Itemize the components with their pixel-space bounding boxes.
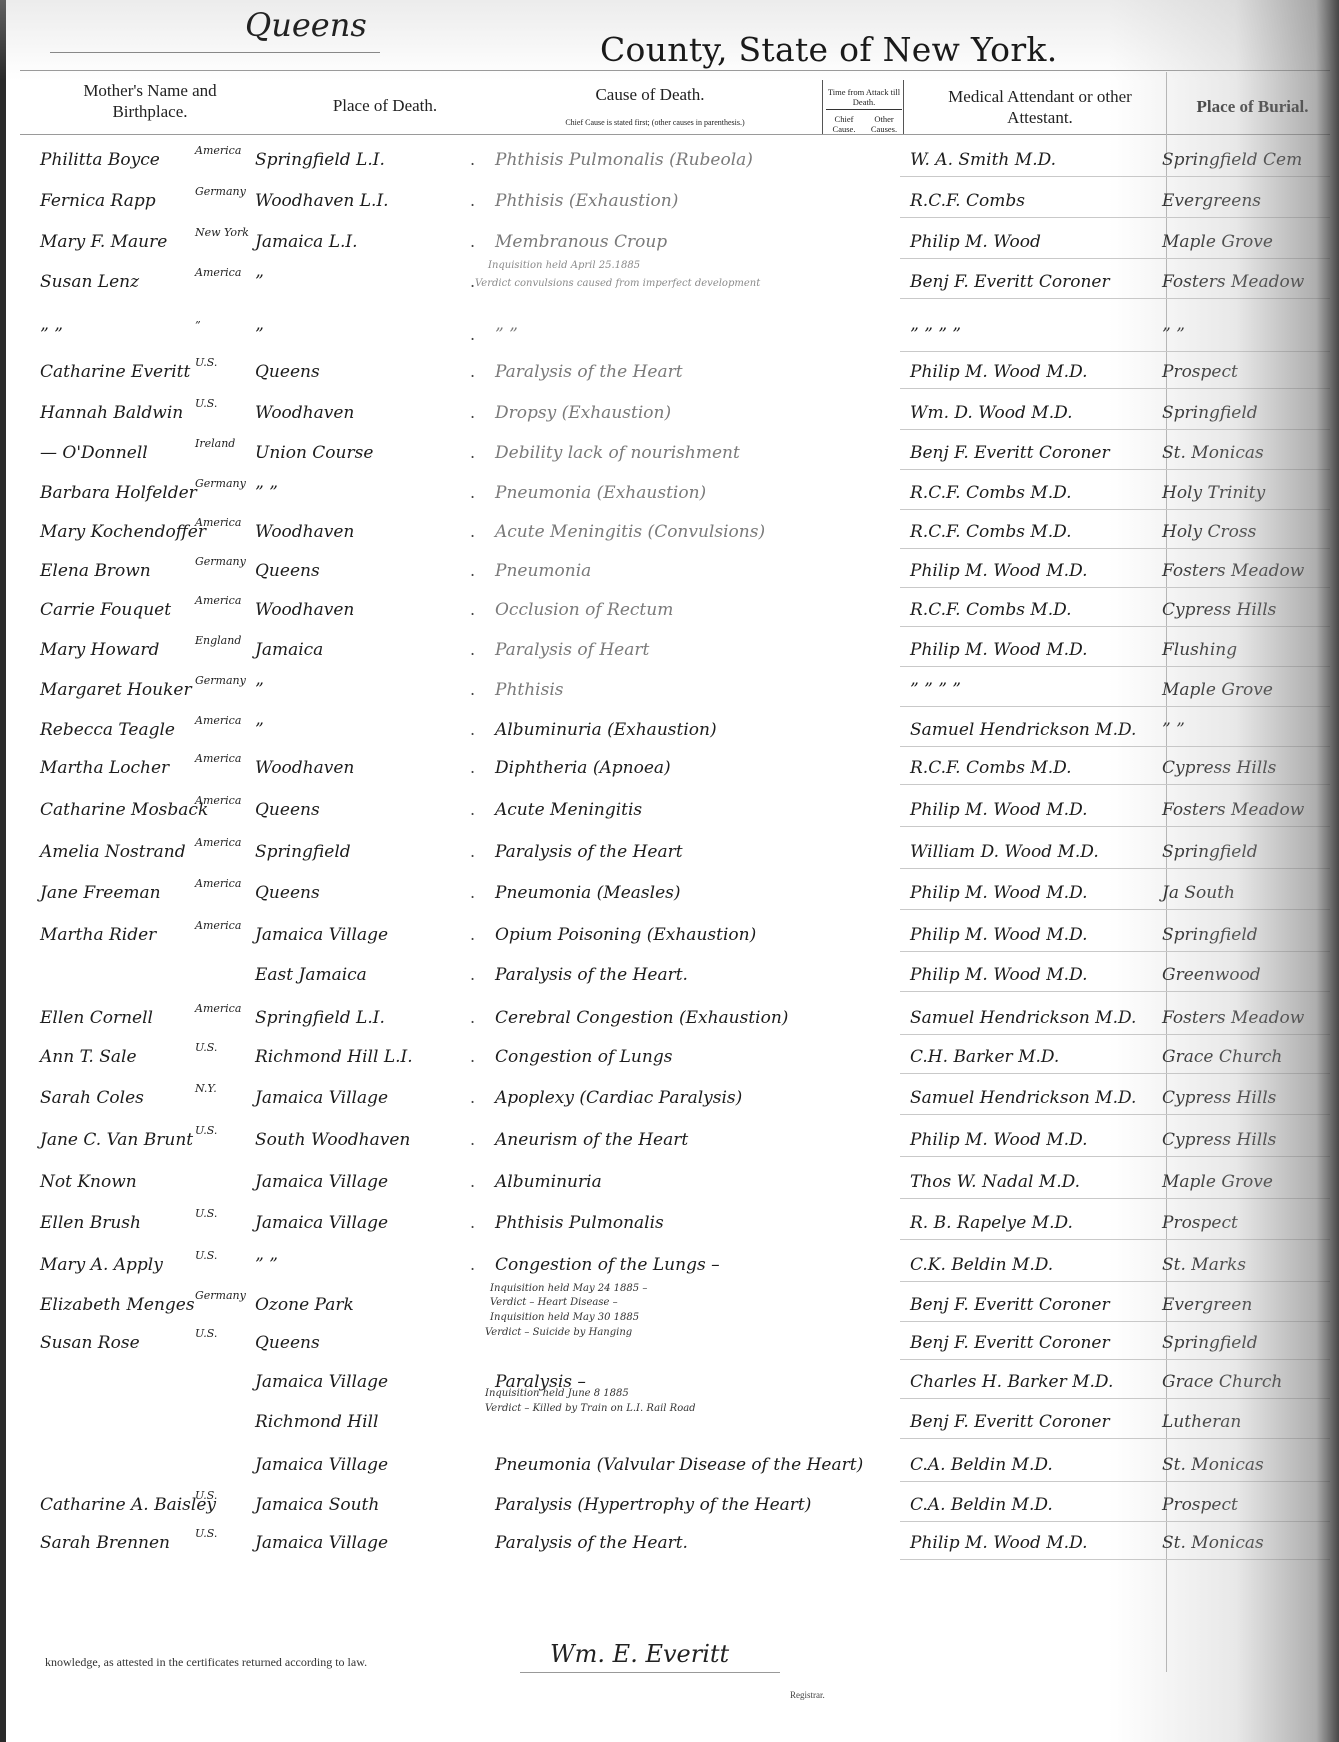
mother-name-cell: Ellen Cornell [40,1008,153,1028]
mother-name-cell: Carrie Fouquet [40,600,171,620]
column-header-mother: Mother's Name and Birthplace. [50,80,250,122]
mother-name-cell: Catharine Everitt [40,362,190,382]
birthplace-cell: Ireland [195,437,235,450]
birthplace-cell: U.S. [195,1489,217,1502]
cause-of-death-cell: Cerebral Congestion (Exhaustion) [495,1008,788,1028]
mother-name-cell: Sarah Coles [40,1088,144,1108]
cause-of-death-cell: Phthisis Pulmonalis [495,1213,664,1233]
mother-name-cell: Susan Lenz [40,272,139,292]
place-of-death-cell: Woodhaven L.I. [255,191,389,211]
medical-attendant-cell: Philip M. Wood M.D. [910,1130,1088,1150]
medical-attendant-cell: Thos W. Nadal M.D. [910,1172,1080,1192]
medical-attendant-cell: C.A. Beldin M.D. [910,1455,1053,1475]
medical-attendant-cell: Samuel Hendrickson M.D. [910,1088,1136,1108]
table-row: Susan RoseU.S.QueensBenj F. Everitt Coro… [0,1333,1339,1363]
place-of-burial-cell: Prospect [1162,362,1238,382]
column-header-medical-attendant: Medical Attendant or other Attestant. [935,86,1145,128]
table-row: Jamaica VillageParalysis –Charles H. Bar… [0,1372,1339,1402]
medical-attendant-cell: C.A. Beldin M.D. [910,1495,1053,1515]
place-of-death-cell: ” [255,325,264,345]
birthplace-cell: Germany [195,674,246,687]
table-row: Amelia NostrandAmericaSpringfieldParalys… [0,842,1339,872]
mother-name-cell: Martha Locher [40,758,169,778]
cause-of-death-cell: Opium Poisoning (Exhaustion) [495,925,756,945]
mother-name-cell: Not Known [40,1172,137,1192]
birthplace-cell: U.S. [195,1527,217,1540]
ditto-mark: . [470,362,475,381]
mother-name-cell: Amelia Nostrand [40,842,186,862]
birthplace-cell: England [195,634,241,647]
column-header-time-chief-cause: Chief Cause. [826,114,862,134]
table-row: Elena BrownGermanyQueensPneumoniaPhilip … [0,561,1339,591]
mother-name-cell: Elizabeth Menges [40,1295,195,1315]
birthplace-cell: America [195,266,241,279]
medical-attendant-cell: Wm. D. Wood M.D. [910,403,1073,423]
table-row: Mary KochendofferAmericaWoodhavenAcute M… [0,522,1339,552]
cause-of-death-cell: Albuminuria [495,1172,602,1192]
place-of-death-cell: Jamaica Village [255,1088,388,1108]
medical-attendant-cell: ” ” ” ” [910,680,961,700]
table-row: Catharine A. BaisleyU.S.Jamaica SouthPar… [0,1495,1339,1525]
birthplace-cell: America [195,794,241,807]
birthplace-cell: U.S. [195,1207,217,1220]
birthplace-cell: America [195,714,241,727]
table-row: Catharine EverittU.S.QueensParalysis of … [0,362,1339,392]
place-of-burial-cell: Cypress Hills [1162,1130,1276,1150]
mother-name-cell: Hannah Baldwin [40,403,183,423]
medical-attendant-cell: R. B. Rapelye M.D. [910,1213,1073,1233]
birthplace-cell: America [195,594,241,607]
ditto-mark: . [470,925,475,944]
ditto-mark: . [470,403,475,422]
birthplace-cell: N.Y. [195,1082,217,1095]
ditto-mark: . [470,325,475,344]
column-header-place-of-death: Place of Death. [295,95,475,116]
place-of-burial-cell: ” ” [1162,325,1185,345]
death-register-page: Queens County, State of New York. Mother… [0,0,1339,1742]
place-of-burial-cell: Maple Grove [1162,1172,1273,1192]
place-of-burial-cell: Springfield [1162,1333,1258,1353]
cause-of-death-cell: Paralysis of the Heart [495,362,683,382]
place-of-death-cell: Queens [255,1333,320,1353]
medical-attendant-cell: R.C.F. Combs M.D. [910,483,1072,503]
place-of-burial-cell: ” ” [1162,720,1185,740]
table-row: Martha LocherAmericaWoodhavenDiphtheria … [0,758,1339,788]
mother-name-cell: Fernica Rapp [40,191,156,211]
inquest-note: Inquisition held June 8 1885 [485,1388,629,1399]
cause-of-death-cell: Albuminuria (Exhaustion) [495,720,717,740]
birthplace-cell: ” [195,319,201,332]
place-of-burial-cell: Cypress Hills [1162,758,1276,778]
table-row: Not KnownJamaica VillageAlbuminuriaThos … [0,1172,1339,1202]
mother-name-cell: Elena Brown [40,561,151,581]
cause-of-death-cell: Diphtheria (Apnoea) [495,758,671,778]
place-of-burial-cell: Prospect [1162,1495,1238,1515]
table-row: Jamaica VillagePneumonia (Valvular Disea… [0,1455,1339,1485]
header-bottom-rule [20,134,1330,135]
ditto-mark: . [470,443,475,462]
medical-attendant-cell: R.C.F. Combs M.D. [910,758,1072,778]
birthplace-cell: U.S. [195,1249,217,1262]
cause-of-death-cell: Phthisis (Exhaustion) [495,191,678,211]
mother-name-cell: Martha Rider [40,925,156,945]
mother-name-cell: Sarah Brennen [40,1533,170,1553]
table-row: Mary F. MaureNew YorkJamaica L.I.Membran… [0,232,1339,262]
ditto-mark: . [470,483,475,502]
ditto-mark: . [470,1255,475,1274]
place-of-death-cell: ” [255,720,264,740]
place-of-death-cell: Jamaica Village [255,1213,388,1233]
birthplace-cell: America [195,1002,241,1015]
cause-of-death-cell: Acute Meningitis (Convulsions) [495,522,765,542]
place-of-death-cell: Springfield [255,842,351,862]
cause-of-death-cell: Occlusion of Rectum [495,600,673,620]
medical-attendant-cell: Philip M. Wood M.D. [910,925,1088,945]
place-of-death-cell: Queens [255,883,320,903]
place-of-death-cell: Richmond Hill L.I. [255,1047,413,1067]
birthplace-cell: America [195,836,241,849]
ditto-mark: . [470,1213,475,1232]
place-of-burial-cell: Ja South [1162,883,1235,903]
place-of-death-cell: Jamaica L.I. [255,232,358,252]
birthplace-cell: Germany [195,1289,246,1302]
place-of-death-cell: Springfield L.I. [255,150,385,170]
table-row: Sarah ColesN.Y.Jamaica VillageApoplexy (… [0,1088,1339,1118]
mother-name-cell: Barbara Holfelder [40,483,197,503]
place-of-death-cell: Queens [255,362,320,382]
medical-attendant-cell: Philip M. Wood M.D. [910,965,1088,985]
cause-of-death-cell: Dropsy (Exhaustion) [495,403,671,423]
birthplace-cell: America [195,919,241,932]
place-of-death-cell: ” ” [255,1255,278,1275]
birthplace-cell: America [195,144,241,157]
medical-attendant-cell: C.H. Barker M.D. [910,1047,1059,1067]
ditto-mark: . [470,1008,475,1027]
medical-attendant-cell: Samuel Hendrickson M.D. [910,720,1136,740]
place-of-death-cell: Woodhaven [255,758,354,778]
mother-name-cell: ” ” [40,325,63,345]
inquest-note: Verdict – Killed by Train on L.I. Rail R… [485,1403,696,1414]
medical-attendant-cell: R.C.F. Combs [910,191,1025,211]
cause-of-death-cell: Apoplexy (Cardiac Paralysis) [495,1088,742,1108]
mother-name-cell: Jane Freeman [40,883,161,903]
column-header-time-other-causes: Other Causes. [865,114,903,134]
signature-line [520,1672,780,1673]
birthplace-cell: U.S. [195,1041,217,1054]
place-of-death-cell: Jamaica [255,640,323,660]
inquest-note: Verdict – Suicide by Hanging [485,1327,632,1338]
ditto-mark: . [470,1172,475,1191]
table-row: Fernica RappGermanyWoodhaven L.I.Phthisi… [0,191,1339,221]
place-of-death-cell: East Jamaica [255,965,367,985]
birthplace-cell: Germany [195,185,246,198]
ditto-mark: . [470,150,475,169]
county-name-handwritten: Queens [245,6,367,44]
cause-of-death-cell: Congestion of Lungs [495,1047,672,1067]
table-row: ” ”””” ”” ” ” ”” ”. [0,325,1339,355]
place-of-burial-cell: Cypress Hills [1162,600,1276,620]
birthplace-cell: America [195,516,241,529]
place-of-burial-cell: Grace Church [1162,1372,1282,1392]
header-top-rule [20,70,1330,71]
place-of-death-cell: South Woodhaven [255,1130,410,1150]
attestation-text: knowledge, as attested in the certificat… [45,1655,367,1670]
table-row: Ann T. SaleU.S.Richmond Hill L.I.Congest… [0,1047,1339,1077]
mother-name-cell: Jane C. Van Brunt [40,1130,193,1150]
page-title: County, State of New York. [600,30,1058,69]
column-header-time-from-attack: Time from Attack till Death. [826,87,902,110]
cause-of-death-cell: Pneumonia [495,561,591,581]
cause-of-death-cell: Debility lack of nourishment [495,443,740,463]
place-of-burial-cell: Lutheran [1162,1412,1241,1432]
cause-of-death-cell: Paralysis of the Heart [495,842,683,862]
inquest-note: Verdict – Heart Disease – [490,1297,618,1308]
place-of-burial-cell: Springfield [1162,842,1258,862]
table-row: — O'DonnellIrelandUnion CourseDebility l… [0,443,1339,473]
place-of-death-cell: ” [255,680,264,700]
ditto-mark: . [470,640,475,659]
medical-attendant-cell: Samuel Hendrickson M.D. [910,1008,1136,1028]
place-of-burial-cell: Cypress Hills [1162,1088,1276,1108]
medical-attendant-cell: Philip M. Wood M.D. [910,561,1088,581]
place-of-burial-cell: Springfield [1162,925,1258,945]
mother-name-cell: Ellen Brush [40,1213,141,1233]
table-row: Jane FreemanAmericaQueensPneumonia (Meas… [0,883,1339,913]
mother-name-cell: Mary Kochendoffer [40,522,206,542]
ditto-mark: . [470,561,475,580]
table-row: Mary HowardEnglandJamaicaParalysis of He… [0,640,1339,670]
table-row: Barbara HolfelderGermany” ”Pneumonia (Ex… [0,483,1339,513]
cause-of-death-cell: Pneumonia (Valvular Disease of the Heart… [495,1455,863,1475]
ditto-mark: . [470,680,475,699]
cause-of-death-cell: ” ” [495,325,518,345]
birthplace-cell: America [195,877,241,890]
place-of-death-cell: Jamaica South [255,1495,379,1515]
birthplace-cell: U.S. [195,397,217,410]
medical-attendant-cell: Philip M. Wood M.D. [910,362,1088,382]
medical-attendant-cell: Charles H. Barker M.D. [910,1372,1113,1392]
inquest-note: Inquisition held May 24 1885 – [490,1283,647,1294]
table-row: Martha RiderAmericaJamaica VillageOpium … [0,925,1339,955]
cause-of-death-cell: Congestion of the Lungs – [495,1255,720,1275]
medical-attendant-cell: ” ” ” ” [910,325,961,345]
cause-of-death-cell: Acute Meningitis [495,800,642,820]
medical-attendant-cell: Philip M. Wood M.D. [910,640,1088,660]
mother-name-cell: Catharine A. Baisley [40,1495,216,1515]
inquest-note: Inquisition held May 30 1885 [490,1312,639,1323]
table-row: Richmond HillBenj F. Everitt CoronerLuth… [0,1412,1339,1442]
table-row: Carrie FouquetAmericaWoodhavenOcclusion … [0,600,1339,630]
place-of-death-cell: Springfield L.I. [255,1008,385,1028]
place-of-burial-cell: St. Monicas [1162,1533,1264,1553]
cause-of-death-cell: Paralysis (Hypertrophy of the Heart) [495,1495,811,1515]
column-header-place-of-burial: Place of Burial. [1170,96,1335,117]
cause-of-death-cell: Paralysis of Heart [495,640,649,660]
medical-attendant-cell: Philip M. Wood [910,232,1041,252]
ditto-mark: . [470,720,475,739]
ditto-mark: . [470,842,475,861]
cause-of-death-cell: Pneumonia (Exhaustion) [495,483,706,503]
registrar-label: Registrar. [790,1690,825,1700]
medical-attendant-cell: Benj F. Everitt Coroner [910,1333,1110,1353]
cause-of-death-cell: Phthisis Pulmonalis (Rubeola) [495,150,753,170]
table-row: Margaret HoukerGermany”Phthisis” ” ” ”Ma… [0,680,1339,710]
place-of-death-cell: Queens [255,561,320,581]
table-row: Sarah BrennenU.S.Jamaica VillageParalysi… [0,1533,1339,1563]
place-of-burial-cell: Fosters Meadow [1162,272,1304,292]
medical-attendant-cell: W. A. Smith M.D. [910,150,1056,170]
place-of-burial-cell: Evergreens [1162,191,1261,211]
table-row: Catharine MosbackAmericaQueensAcute Meni… [0,800,1339,830]
place-of-burial-cell: Greenwood [1162,965,1261,985]
ditto-mark: . [470,232,475,251]
place-of-death-cell: Union Course [255,443,373,463]
place-of-burial-cell: Springfield [1162,403,1258,423]
mother-name-cell: Ann T. Sale [40,1047,137,1067]
medical-attendant-cell: Benj F. Everitt Coroner [910,1412,1110,1432]
place-of-burial-cell: Prospect [1162,1213,1238,1233]
place-of-death-cell: Jamaica Village [255,1172,388,1192]
medical-attendant-cell: C.K. Beldin M.D. [910,1255,1053,1275]
medical-attendant-cell: R.C.F. Combs M.D. [910,600,1072,620]
medical-attendant-cell: R.C.F. Combs M.D. [910,522,1072,542]
place-of-burial-cell: Maple Grove [1162,232,1273,252]
medical-attendant-cell: William D. Wood M.D. [910,842,1099,862]
table-row: Jane C. Van BruntU.S.South WoodhavenAneu… [0,1130,1339,1160]
mother-name-cell: Margaret Houker [40,680,192,700]
place-of-death-cell: ” ” [255,483,278,503]
cause-of-death-cell: Membranous Croup [495,232,667,252]
place-of-burial-cell: St. Marks [1162,1255,1246,1275]
inquest-note: Verdict convulsions caused from imperfec… [475,278,760,289]
time-column-divider-right [903,80,904,134]
table-row: Mary A. ApplyU.S.” ”Congestion of the Lu… [0,1255,1339,1285]
table-row: East JamaicaParalysis of the Heart.Phili… [0,965,1339,995]
table-row: Elizabeth MengesGermanyOzone ParkBenj F.… [0,1295,1339,1325]
place-of-death-cell: Richmond Hill [255,1412,378,1432]
place-of-burial-cell: Fosters Meadow [1162,1008,1304,1028]
ditto-mark: . [470,1088,475,1107]
cause-of-death-cell: Pneumonia (Measles) [495,883,681,903]
ditto-mark: . [470,600,475,619]
cause-of-death-cell: Phthisis [495,680,564,700]
ditto-mark: . [470,800,475,819]
place-of-death-cell: Jamaica Village [255,1455,388,1475]
table-row: Philitta BoyceAmericaSpringfield L.I.Pht… [0,150,1339,180]
mother-name-cell: Mary A. Apply [40,1255,163,1275]
place-of-death-cell: Woodhaven [255,522,354,542]
place-of-death-cell: Jamaica Village [255,1372,388,1392]
mother-name-cell: Mary F. Maure [40,232,167,252]
medical-attendant-cell: Benj F. Everitt Coroner [910,443,1110,463]
inquest-note: Inquisition held April 25.1885 [488,260,640,271]
place-of-death-cell: Woodhaven [255,403,354,423]
medical-attendant-cell: Benj F. Everitt Coroner [910,1295,1110,1315]
birthplace-cell: U.S. [195,1124,217,1137]
county-underline [50,52,380,53]
medical-attendant-cell: Benj F. Everitt Coroner [910,272,1110,292]
ditto-mark: . [470,191,475,210]
place-of-death-cell: Woodhaven [255,600,354,620]
cause-of-death-cell: Aneurism of the Heart [495,1130,688,1150]
mother-name-cell: Philitta Boyce [40,150,160,170]
place-of-burial-cell: St. Monicas [1162,1455,1264,1475]
mother-name-cell: Catharine Mosback [40,800,208,820]
birthplace-cell: New York [195,226,249,239]
birthplace-cell: Germany [195,477,246,490]
place-of-burial-cell: St. Monicas [1162,443,1264,463]
medical-attendant-cell: Philip M. Wood M.D. [910,883,1088,903]
medical-attendant-cell: Philip M. Wood M.D. [910,800,1088,820]
ditto-mark: . [470,758,475,777]
place-of-burial-cell: Grace Church [1162,1047,1282,1067]
place-of-death-cell: Queens [255,800,320,820]
medical-attendant-cell: Philip M. Wood M.D. [910,1533,1088,1553]
table-row: Rebecca TeagleAmerica”Albuminuria (Exhau… [0,720,1339,750]
place-of-death-cell: ” [255,272,264,292]
column-header-cause-of-death: Cause of Death. [560,84,740,105]
place-of-burial-cell: Holy Cross [1162,522,1256,542]
registrar-signature: Wm. E. Everitt [550,1640,729,1668]
ditto-mark: . [470,1047,475,1066]
place-of-burial-cell: Fosters Meadow [1162,800,1304,820]
ditto-mark: . [470,1130,475,1149]
place-of-burial-cell: Evergreen [1162,1295,1252,1315]
mother-name-cell: Susan Rose [40,1333,140,1353]
time-column-divider-left [822,80,823,134]
cause-of-death-instruction: Chief Cause is stated first; (other caus… [505,118,805,128]
place-of-burial-cell: Holy Trinity [1162,483,1265,503]
mother-name-cell: Rebecca Teagle [40,720,175,740]
birthplace-cell: U.S. [195,356,217,369]
place-of-death-cell: Jamaica Village [255,925,388,945]
cause-of-death-cell: Paralysis of the Heart. [495,965,688,985]
mother-name-cell: — O'Donnell [40,443,148,463]
table-row: Ellen BrushU.S.Jamaica VillagePhthisis P… [0,1213,1339,1243]
table-row: Hannah BaldwinU.S.WoodhavenDropsy (Exhau… [0,403,1339,433]
place-of-death-cell: Jamaica Village [255,1533,388,1553]
place-of-death-cell: Ozone Park [255,1295,354,1315]
ditto-mark: . [470,883,475,902]
place-of-burial-cell: Maple Grove [1162,680,1273,700]
cause-of-death-cell: Paralysis of the Heart. [495,1533,688,1553]
place-of-burial-cell: Springfield Cem [1162,150,1302,170]
birthplace-cell: America [195,752,241,765]
ditto-mark: . [470,522,475,541]
birthplace-cell: Germany [195,555,246,568]
birthplace-cell: U.S. [195,1327,217,1340]
place-of-burial-cell: Fosters Meadow [1162,561,1304,581]
ditto-mark: . [470,965,475,984]
mother-name-cell: Mary Howard [40,640,159,660]
place-of-burial-cell: Flushing [1162,640,1237,660]
table-row: Ellen CornellAmericaSpringfield L.I.Cere… [0,1008,1339,1038]
